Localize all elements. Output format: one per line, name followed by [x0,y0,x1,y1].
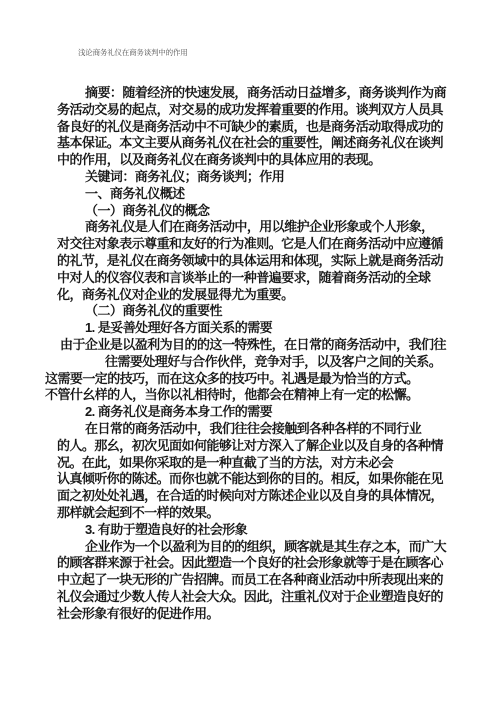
text-line: 2. 商务礼仪是商务本身工作的需要 [0,404,500,421]
text-line: 中对人的仪容仪表和言谈举止的一种普遍要求，随着商务活动的全球 [0,270,500,287]
document-page: 浅论商务礼仪在商务谈判中的作用 摘要：随着经济的快速发展，商务活动日益增多，商务… [0,0,500,707]
text-line: 一、商务礼仪概述 [0,186,500,203]
text-line: 不管什幺样的人，当你以礼相待时，他都会在精神上有一定的松懈。 [0,387,500,404]
text-line: 商务礼仪是人们在商务活动中，用以维护企业形象或个人形象， [0,219,500,236]
text-line: 1. 是妥善处理好各方面关系的需要 [0,320,500,337]
text-line: 由于企业是以盈利为目的的这一特殊性，在日常的商务活动中，我们往 [0,337,500,354]
text-line: 况。在此，如果你采取的是一种直截了当的方法，对方未必会 [0,455,500,472]
page-title: 浅论商务礼仪在商务谈判中的作用 [78,47,188,58]
text-line: 关键词：商务礼仪；商务谈判；作用 [0,169,500,186]
text-line: 的人。那幺，初次见面如何能够让对方深入了解企业以及自身的各种情 [0,438,500,455]
text-line: 摘要：随着经济的快速发展，商务活动日益增多，商务谈判作为商 [0,85,500,102]
document-body: 摘要：随着经济的快速发展，商务活动日益增多，商务谈判作为商务活动交易的起点，对交… [0,85,500,623]
text-line: 社会形象有很好的促进作用。 [0,606,500,623]
text-line: 对交往对象表示尊重和友好的行为准则。它是人们在商务活动中应遵循 [0,236,500,253]
text-line: 基本保证。本文主要从商务礼仪在社会的重要性，阐述商务礼仪在谈判 [0,135,500,152]
text-line: 这需要一定的技巧，而在这众多的技巧中。礼遇是最为恰当的方式。 [0,371,500,388]
text-line: 中立起了一块无形的广告招牌。而员工在各种商业活动中所表现出来的 [0,572,500,589]
text-line: 化，商务礼仪对企业的发展显得尤为重要。 [0,287,500,304]
text-line: 往需要处理好与合作伙伴，竞争对手，以及客户之间的关系。 [0,354,500,371]
text-line: 务活动交易的起点，对交易的成功发挥着重要的作用。谈判双方人员具 [0,102,500,119]
text-line: 企业作为一个以盈利为目的的组织，顾客就是其生存之本，而广大 [0,539,500,556]
text-line: 那样就会起到不一样的效果。 [0,505,500,522]
text-line: 礼仪会通过少数人传人社会大众。因此，注重礼仪对于企业塑造良好的 [0,589,500,606]
text-line: 认真倾听你的陈述。而你也就不能达到你的目的。相反，如果你能在见 [0,471,500,488]
text-line: 的礼节，是礼仪在商务领域中的具体运用和体现，实际上就是商务活动 [0,253,500,270]
text-line: 备良好的礼仪是商务活动中不可缺少的素质，也是商务活动取得成功的 [0,119,500,136]
text-line: 面之初处处礼遇，在合适的时候向对方陈述企业以及自身的具体情况， [0,488,500,505]
text-line: 3. 有助于塑造良好的社会形象 [0,522,500,539]
text-line: 中的作用，以及商务礼仪在商务谈判中的具体应用的表现。 [0,152,500,169]
text-line: （一）商务礼仪的概念 [0,203,500,220]
text-line: （二）商务礼仪的重要性 [0,303,500,320]
text-line: 在日常的商务活动中，我们往往会接触到各种各样的不同行业 [0,421,500,438]
text-line: 的顾客群来源于社会。因此塑造一个良好的社会形象就等于是在顾客心 [0,555,500,572]
